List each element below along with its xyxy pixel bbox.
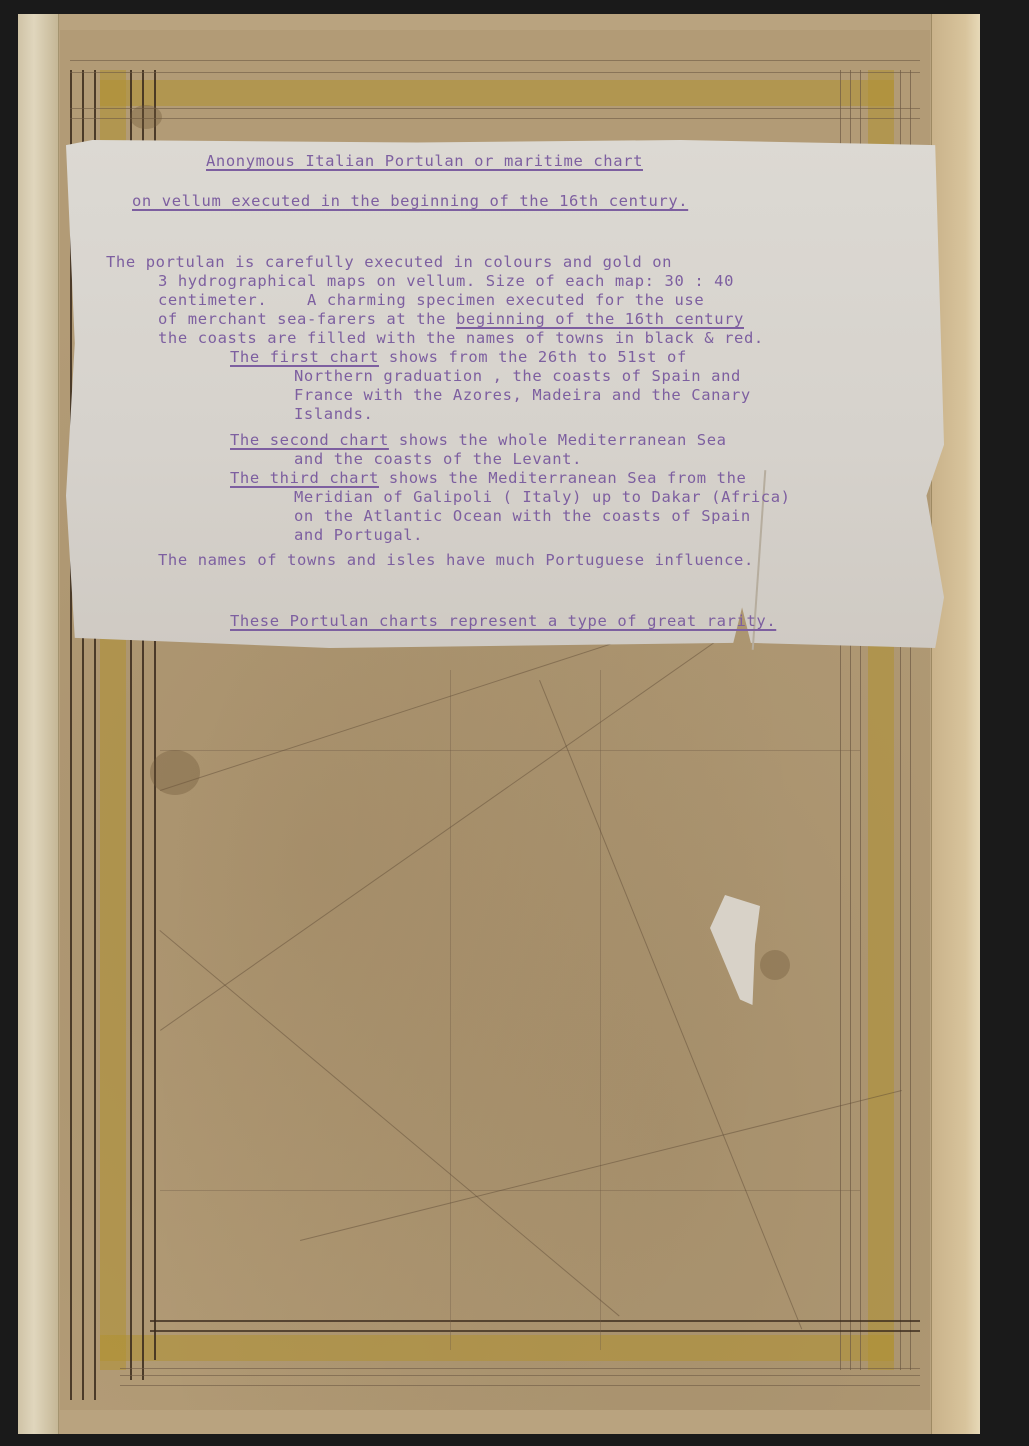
border-rule: [70, 118, 920, 119]
rhumb-line: [160, 629, 655, 791]
yellow-border-top: [100, 80, 894, 106]
label-footer: These Portulan charts represent a type o…: [230, 612, 776, 631]
water-stain: [150, 750, 200, 795]
chart-1-continuation: France with the Azores, Madeira and the …: [294, 386, 751, 405]
chart-1-text: shows from the 26th to 51st of: [379, 348, 687, 366]
border-rule: [120, 1375, 920, 1376]
border-rule: [70, 72, 920, 73]
chart-2-heading: The second chart: [230, 431, 389, 449]
rhumb-line: [160, 628, 734, 1030]
label-body-line: the coasts are filled with the names of …: [158, 329, 764, 348]
chart-2-continuation: and the coasts of the Levant.: [294, 450, 582, 469]
grid-line: [600, 670, 601, 1350]
grid-line: [450, 670, 451, 1350]
label-title-line-2: on vellum executed in the beginning of t…: [132, 192, 688, 211]
chart-2-text: shows the whole Mediterranean Sea: [389, 431, 727, 449]
vellum-spine: [18, 14, 59, 1434]
label-body-line: centimeter. A charming specimen executed…: [158, 291, 704, 310]
chart-3-line: The third chart shows the Mediterranean …: [230, 469, 746, 488]
chart-3-continuation: Meridian of Galipoli ( Italy) up to Daka…: [294, 488, 791, 507]
border-rule: [150, 1320, 920, 1322]
chart-1-continuation: Northern graduation , the coasts of Spai…: [294, 367, 741, 386]
chart-2-line: The second chart shows the whole Mediter…: [230, 431, 727, 450]
label-body-line: The portulan is carefully executed in co…: [106, 253, 672, 272]
yellow-border-bottom: [100, 1335, 894, 1361]
border-rule: [70, 60, 920, 61]
chart-3-continuation: and Portugal.: [294, 526, 423, 545]
rhumb-line: [539, 680, 802, 1329]
border-rule: [120, 1368, 920, 1369]
label-title-line-1: Anonymous Italian Portulan or maritime c…: [206, 152, 643, 171]
grid-line: [160, 1190, 860, 1191]
border-rule: [70, 108, 920, 109]
label-body-text: of merchant sea-farers at the: [158, 310, 456, 328]
water-stain: [760, 950, 790, 980]
vellum-turn-in-right: [931, 14, 980, 1434]
grid-line: [160, 750, 860, 751]
chart-3-continuation: on the Atlantic Ocean with the coasts of…: [294, 507, 751, 526]
chart-1-heading: The first chart: [230, 348, 379, 366]
label-closing-line: The names of towns and isles have much P…: [158, 551, 754, 570]
border-rule: [150, 1330, 920, 1332]
rhumb-line: [159, 930, 619, 1316]
label-body-line: of merchant sea-farers at the beginning …: [158, 310, 744, 329]
water-stain: [130, 105, 162, 129]
chart-3-heading: The third chart: [230, 469, 379, 487]
label-body-emphasis: beginning of the 16th century: [456, 310, 744, 328]
border-rule: [120, 1385, 920, 1386]
chart-3-text: shows the Mediterranean Sea from the: [379, 469, 746, 487]
label-body-line: 3 hydrographical maps on vellum. Size of…: [158, 272, 734, 291]
chart-1-continuation: Islands.: [294, 405, 373, 424]
chart-1-line: The first chart shows from the 26th to 5…: [230, 348, 687, 367]
